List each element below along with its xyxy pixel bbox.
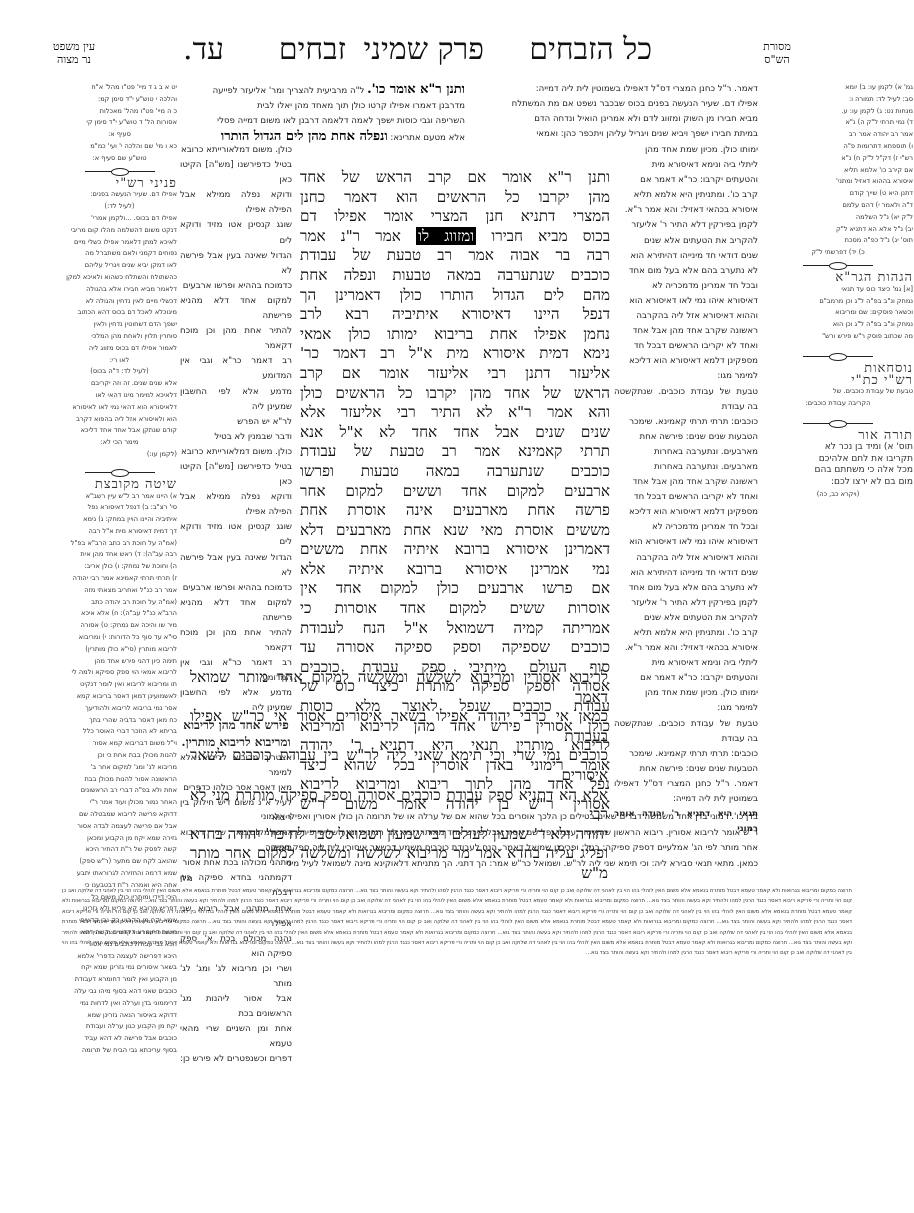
shita-line: ז) תרתי תרתי קאמינא אמר רבי יהודה xyxy=(62,573,177,585)
gemara-line: כמאן אי כרבי יהודה אפילו בשאר איסורים אס… xyxy=(190,707,608,746)
masoret-line: סב: לעיל לד: תמורה ו: xyxy=(763,94,913,106)
tosafot-text: ל"ה מרביעית להצריך ומר' אליעזר לפייעה xyxy=(213,86,365,96)
shita-line: תו ומריבוא לריבוא ואין לומר דנקיט xyxy=(62,679,177,691)
highlighted-phrase[interactable]: ומזווג לו xyxy=(416,227,476,245)
rashi-line: למימר מגו: xyxy=(614,369,758,384)
tosafot-line: מדרבנן דאמרו אפילו קרטו כולן תוך מאחד מה… xyxy=(180,99,465,114)
shita-line: קשה לפסק של ר"ת דהתיר היכא xyxy=(62,844,177,856)
tosafot-line: בטיל כדפירשנו [מש"ה] הקיטו כאן xyxy=(180,460,292,490)
torah-or-line: (ויקרא כב, כה) xyxy=(763,489,913,501)
rashi-line: איסורא בכהאי דאזיל: והא אמר ר"א. xyxy=(614,203,758,218)
masoret-line: ד"ה ולאמר י) דהם עלמם xyxy=(763,200,913,212)
pnei-rashi-line: אלא שנים שנים. זה וזה יקריבם xyxy=(62,378,177,390)
shita-mekubetzet-title: שיטה מקובצת xyxy=(62,479,177,491)
gemara-line: פרשה אחת מארבעים אינה אוסרת אחת xyxy=(300,501,610,521)
tosafot-line: כולן. משום דמלאורייתא כרובא xyxy=(180,445,292,460)
pnei-rashi-line: נפוחים דקמני ולאם משתברל מה xyxy=(62,248,177,260)
gemara-line: ארבעים למקום אחד וששים למקום אחר xyxy=(300,482,610,502)
rashi-line: טבעת של עבודת כוכבים. שנתקשטה בה עבודת xyxy=(614,385,758,415)
pnei-rashi-line: הוא ולאיסורא אזל ליה בהפוא דקרב xyxy=(62,414,177,426)
shita-line: (אמ"ה על חוכת רב יהודה כתב xyxy=(62,597,177,609)
shita-line: גזירה שמא יקח מן הקבוע ומכאן xyxy=(62,833,177,845)
shita-line: אחת ולא בפ"ה דברי רב הראשונים xyxy=(62,785,177,797)
gemara-line: המצרי דתניא חנן המצרי אומר אפילו דם xyxy=(300,207,610,227)
rashi-line: מספקינן דלמא דאיסורא הוא דליכא xyxy=(614,505,758,520)
tosafot-line: למקום אחד דלא מהניא פרישתה xyxy=(180,596,292,626)
bottom-line: בדן כו'. רמוני בדן אחד משמשה דברים שאינן… xyxy=(180,810,758,826)
masoret-hashas-column: גמ' א) לקמן עו: ב) יומא סב: לעיל לד: תמו… xyxy=(763,82,913,501)
tosafot-dibbur: ותנן ר"א אומר כו'. xyxy=(367,82,465,97)
ornament-divider xyxy=(85,168,155,175)
tosafot-line: להתיר אחת מהן וכן מוכח דקאמר xyxy=(180,324,292,354)
pnei-rashi-title: פניני רש"י xyxy=(62,178,177,190)
tosafot-line: אבל אסור ליהנות מג' הראשונים בכת xyxy=(180,992,292,1022)
tosafot-text: אלא מטעם אתרינא: xyxy=(390,133,465,143)
gemara-line: כוכבים שנתערבה במאה טבעות ונפלה אחת xyxy=(300,266,610,286)
bottom-line: ר"ש אומר לריבוא אסורין. ריבוא הראשון שהא… xyxy=(180,826,758,842)
gemara-line: נמי אמרינן איסורא ברובא איתיה אלא xyxy=(300,560,610,580)
rashi-line: להקריב את הטעתים אלא שנים xyxy=(614,234,758,249)
tosafot-line: ושרי וכן מריבוא לג' ומג' לג' מותר xyxy=(180,962,292,992)
pnei-rashi-line: סוחרין תלוין ולאחת מהן המלכי xyxy=(62,331,177,343)
shita-line: יקח מן הקבוע כגון ערלה ועבודת xyxy=(62,1021,177,1033)
shita-line: כוכבים שאני דהא בסוף מיהו גבי עלה xyxy=(62,986,177,998)
ein-mishpat-line: כא ו מי' שם והלכה י' ועי' כמ"מ xyxy=(62,141,177,153)
masoret-line: תוס' יג) נ"ל כפ"ה מסכת xyxy=(763,235,913,247)
torah-or-line: מום בם לא ירצו לכם: xyxy=(763,477,913,489)
rashi-line: שנים דודאי חד מינייהו דהיתירא הוא xyxy=(614,249,758,264)
pnei-rashi-line: דלאיכא למימר מינו דהאי לאו xyxy=(62,390,177,402)
bottom-line: כמאן. מתאי תנאי סבירא ליה: וכי תימא שני … xyxy=(180,857,758,873)
pnei-rashi-line: אפילו דם. שעיר הנעשה בפנים: xyxy=(62,189,177,201)
ornament-divider xyxy=(803,353,873,360)
rashi-line: למימר מגו: xyxy=(614,701,758,716)
pnei-rashi-line: ישפך הדם דשחוטין נדחין ולאין xyxy=(62,319,177,331)
tosafot-line: ודבר שבמנין לא בטיל xyxy=(180,430,292,445)
ein-mishpat-line: כ ה מיי' פט"ו מהל' מאכלות xyxy=(62,106,177,118)
shita-line: שמא דרמה והחזירה לגרוראתו יתבע xyxy=(62,868,177,880)
masoret-line: איסורא בההוא דאזיל ומתני' xyxy=(763,176,913,188)
rashi-line: הטבעות שנים שנים: פירשה אחת xyxy=(614,762,758,777)
pnei-rashi-line: דלאיסורא הוא דהאי נמי לאו לאיסורא xyxy=(62,402,177,414)
gemara-text: אמר ר"נ אמר xyxy=(300,227,401,245)
rashi-line: וההוא דאיסורא אזל ליה בהקרבה xyxy=(614,309,758,324)
ein-mishpat-label-line2: נר מצוה xyxy=(44,53,104,66)
tosafot-line: ודוקא נפלה ממילא אבל הפילה אפילו xyxy=(180,188,292,218)
masoret-hashas-label: מסורת הש"ס xyxy=(752,40,802,66)
tosafot-line: כדמוכח בההיא ופרשו ארבעים xyxy=(180,279,292,294)
torah-or-title: תורה אור xyxy=(763,430,913,442)
gemara-text: בכוס מביא חבירו xyxy=(491,227,610,245)
ein-mishpat-line: והלכה י טוש"ע י"ד סימן קמ: xyxy=(62,94,177,106)
rashi-line: שנים דודאי חד מינייהו דהיתירא הוא xyxy=(614,566,758,581)
gemara-line: מששים אוסרת מאי שנא אחת מארבעים דלא xyxy=(300,521,610,541)
tosafot-line: בטיל כדפירשנו [מש"ה] הקיטו כאן xyxy=(180,158,292,188)
gemara-line: דנפל היינו דאיסורא איתיביה רבא לרב xyxy=(300,305,610,325)
footnotes-text: חרוצה כמקום ומריבוא בגרואות ולא קאמר טעמ… xyxy=(355,888,852,894)
gemara-line: שנים שנים אבל אחד אחד לא א"ל אנא xyxy=(300,423,610,443)
rashi-line: מביא חבירו מן השוק ומזווג לדם ולא אמרינן… xyxy=(470,112,758,127)
masoret-line: רש"י ז) דק"ל ל"ק ח) נ"א xyxy=(763,153,913,165)
rashi-line: טבעת של עבודת כוכבים. שנתקשטה בה עבודת xyxy=(614,717,758,747)
footnotes-text: חרוצה כמקום ומריבוא בגרואות ולא קאמר טעמ… xyxy=(208,919,714,925)
shita-line: רבה עב"ה): ד) ראש אחד מהן אית xyxy=(62,549,177,561)
shita-line: סי' רצ"ב: ב) דנפל דאיסורא נפל xyxy=(62,502,177,514)
pnei-rashi-line: לאיכא למתן דלאמר אפילו כשלי מיים xyxy=(62,237,177,249)
ein-mishpat-line: טוש"ע שם סעיף א: xyxy=(62,153,177,165)
gemara-line: בכוס מביא חבירו ומזווג לו אמר ר"נ אמר xyxy=(300,227,610,247)
hagra-line: וכשאר פוסקים: שם ומריבוא xyxy=(763,307,913,319)
masoret-line: אמר רב יהודה אמר רב xyxy=(763,129,913,141)
shita-line: מן הקבוע ואין לומר דחומרא דעבודת xyxy=(62,974,177,986)
shita-line: שהואב לקח שם מתער (ר"ש ספק) xyxy=(62,856,177,868)
rashi-line: כוכבים: תרתי תרתי קאמינא. שימכר xyxy=(614,415,758,430)
gemara-line: רבה בר אבוה אמר רב טבעת של עבודת xyxy=(300,246,610,266)
rashi-line: הטבעות שנים שנים: פירשה אחת xyxy=(614,430,758,445)
gemara-line: תרתי קאמינא אמר רב טבעת של עבודת xyxy=(300,442,610,462)
rashi-line: דאמר. ר"ל כחנן המצרי דס"ל דאפילו בשמוטין… xyxy=(614,777,758,807)
gemara-line: ותנן ר"א אומר אם קרב הראש של אחד xyxy=(300,168,610,188)
shita-line: לריבוא אמאי הוי ספק ספיקא ולמה לי xyxy=(62,667,177,679)
ein-mishpat-label: עין משפט נר מצוה xyxy=(44,40,104,66)
ornament-divider xyxy=(85,469,155,476)
tosafot-line: רב דאמר כר"א וגבי אין המדומע xyxy=(180,354,292,384)
rashi-line: מארבעים. ונתערבה באחרות xyxy=(614,445,758,460)
bottom-line: אחר מותר לפי הג' אמלעיים דספק ספיקה: בגי… xyxy=(180,841,758,857)
rashi-line: קרב כו'. ומתניתין היא אלמא תליא xyxy=(614,626,758,641)
ornament-divider xyxy=(803,262,873,269)
tosafot-line: למקום אחד דלא מהניא פרישתה xyxy=(180,294,292,324)
shita-line: אבל אם פרישה לעצמה לבדה אסור xyxy=(62,821,177,833)
shita-line: אמר רב כנ"ל ואחריב מצאתי מזה xyxy=(62,585,177,597)
gemara-line: אם פרשו ארבעים כולן למקום אחד אין xyxy=(300,579,610,599)
pnei-rashi-line: דנקט משום דהשלמה מהלו קום מריבי xyxy=(62,225,177,237)
tosafot-line: להתיר אחת מהן וכן מוכח דקאמר xyxy=(180,626,292,656)
gemara-line: מהם לים הגדול הותרו כולן דאמרינן הך xyxy=(300,286,610,306)
shita-line: דריממוני בדן וערלה ואין לדחות נמי xyxy=(62,998,177,1010)
daf-number: עד. xyxy=(183,33,224,67)
tosafot-line: שוגג קנסינן אטו מזיד ודוקא לים xyxy=(180,520,292,550)
pnei-rashi-line: לאו רי: xyxy=(62,355,177,367)
hagahot-hagra-title: הגהות הגר"א xyxy=(763,272,913,284)
rashi-line: קרב כו'. ומתניתין היא אלמא תליא xyxy=(614,188,758,203)
torah-or-line: מכל אלה כי משחתם בהם xyxy=(763,465,913,477)
pnei-rashi-line: מיגוכלא לאכל דם בכוס דהא הכתוב xyxy=(62,307,177,319)
gemara-line: הראש של אחד מהן יקרבו כל הראשים כולן xyxy=(300,384,610,404)
gemara-line: כוכבים שספיקה וספק ספיקה אסורה עד xyxy=(300,638,610,658)
masoret-line: דתנן היא ט) שייך קודם xyxy=(763,188,913,200)
shita-line: האחר נמור מכולן ועוד אמר ר"י xyxy=(62,797,177,809)
gemara-line: מהן יקרבו כל הראשים הוא דאמר כחנן xyxy=(300,188,610,208)
rashi-line: ימותו כולן. מכיון שמת אחד מהן xyxy=(614,686,758,701)
rashi-line: אפילו דם. שעיר הנעשה בפנים בכוס שבכבר נש… xyxy=(470,97,758,112)
hagra-line: [א] גמ' כיצד כוס עד תנאי xyxy=(763,284,913,296)
pnei-rashi-line: לאו דמקן יביא שנים ויגריל עליהם xyxy=(62,260,177,272)
gemara-line: כוכבים נמי שרי וכי תימא שאני ליה לר"ש בי… xyxy=(190,746,608,785)
shita-line: איתיביה והיינו הויין במחק: ג) נימא xyxy=(62,514,177,526)
shita-line: אסר נמי בריבוא לריבוא ולהודיעך xyxy=(62,703,177,715)
rashi-line: במיתת חבירו ישפך ויביא שנים ויגריל עליהן… xyxy=(470,127,758,142)
tosafot-line: ודוקא נפלה ממילא אבל הפילה אפילו xyxy=(180,490,292,520)
pnei-rashi-line: מימר הכי לא: xyxy=(62,437,177,449)
rashi-line: ואחד לא יקריבו הראשים דבכל חד xyxy=(614,490,758,505)
gemara-line: נחמן אפילו אחת בריבוא ימותו כולן אמאי xyxy=(300,325,610,345)
tosafot-line: אחת ומן השניים שרי מהאי טעמא xyxy=(180,1022,292,1052)
tosafot-line: השריפה וגבי כוסות ישפך לאמה דלאמה דרבנן … xyxy=(180,114,465,129)
pnei-rashi-line: קודם שנתקן אבל אחד אחד דליכא xyxy=(62,425,177,437)
rashi-line: ואחד לא יקריבו הראשים דבכל חד xyxy=(614,339,758,354)
tosafot-line: הגדול שאינה בעין אבל פירשה לא xyxy=(180,551,292,581)
tosafot-line: שוגג קנסינן אטו מזיד ודוקא לים xyxy=(180,218,292,248)
shita-line: תימה כיון דהני פירש אחד מהן xyxy=(62,656,177,668)
shita-line: בריתא לא הוזכר דברי האוסר כלל xyxy=(62,726,177,738)
rashi-line: לא נתערב בהם אלא בעל מום אחד xyxy=(614,581,758,596)
torah-or-line: תקריבו את לחם אלהיכם xyxy=(763,454,913,466)
rashi-line: ליתלי ביה ונימא דאיסורא מית xyxy=(614,158,758,173)
gemara-line: דאמרינן איסורא ברובא איתיה אחת מששים xyxy=(300,540,610,560)
shita-line: מריבוא לג' ומג' למקום אחר ב' xyxy=(62,762,177,774)
rashi-line: דאיסורא איהו נמי לאו דאיסורא הוא xyxy=(614,294,758,309)
masoret-label-line2: הש"ס xyxy=(752,53,802,66)
gemara-line: נימא דמית איסורא מית א"ל רב דאמר כר' xyxy=(300,344,610,364)
rashi-line: והטעתים יקרבו: כר"א דאמר אם xyxy=(614,173,758,188)
rashi-line: והטעתים יקרבו: כר"א דאמר אם xyxy=(614,671,758,686)
gemara-line: כוכבים שנתערבה במאה טבעות ופרשו xyxy=(300,462,610,482)
shita-line: סי"א עד סוף כל הדורות: י) ומריבוא xyxy=(62,632,177,644)
shita-line: כוכבים אבל פרישה לא דהא עביד xyxy=(62,1033,177,1045)
tosafot-line: מדמע אלא לפי החשבון שמעינן ליה xyxy=(180,385,292,415)
rashi-line: כוכבים: תרתי תרתי קאמינא. שימכר xyxy=(614,747,758,762)
pnei-rashi-line: (לעיל לד:) xyxy=(62,201,177,213)
rashi-line: ובכל חד אמרינן מדמכריה לא xyxy=(614,520,758,535)
shita-line: מיר שו והיכה אם נמחק: ט) אסורה xyxy=(62,620,177,632)
tosafot-line: כדמוכח בההיא ופרשו ארבעים xyxy=(180,581,292,596)
ein-mishpat-label-line1: עין משפט xyxy=(44,40,104,53)
pnei-rashi-line: (לעיל לד: ד"ה בכוס) xyxy=(62,366,177,378)
shita-line: דדוקא פרישה לריבוא שמבטלה שם xyxy=(62,809,177,821)
tosafot-commentary: ותנן ר"א אומר כו'. ל"ה מרביעית להצריך ומ… xyxy=(180,82,465,146)
shita-line: בשאר איסורים נמי גזרינן שמא יקח xyxy=(62,962,177,974)
ein-mishpat-line: סעיף א: xyxy=(62,129,177,141)
tosafot-line: הגדול שאינה בעין אבל פירשה לא xyxy=(180,249,292,279)
nuschaot-line: טבעת של עבודת כוכבים. של xyxy=(763,386,913,398)
tractate-name: זבחים xyxy=(279,33,346,67)
shita-line: כח מאן דאסר בדביה שהרי בתך xyxy=(62,715,177,727)
shita-line: הרב"א כנ"ל עב"ה): ח) אלא איכא xyxy=(62,608,177,620)
rashi-line: מספקינן דלמא דאיסורא הוא דליכא xyxy=(614,354,758,369)
shita-line: וי"ל משום דבריבוא קמא אסור xyxy=(62,738,177,750)
tosafot-line: ותנן ר"א אומר כו'. ל"ה מרביעית להצריך ומ… xyxy=(180,82,465,99)
rashi-commentary: דאמר. ר"ל כחנן המצרי דס"ל דאפילו בשמוטין… xyxy=(470,82,758,142)
shita-line: ה) וחוכת של נמחק: ו) כולן אריב: xyxy=(62,561,177,573)
tosafot-line: כולן. משום דמלאורייתא כרובא xyxy=(180,143,292,158)
ein-mishpat-line: יט א ב ג ד מיי' פט"ו מהל' א"ח xyxy=(62,82,177,94)
pnei-rashi-line: (לקמן עו:) xyxy=(62,449,177,461)
rashi-line: ראשונה שקרב אחד מהן אבל אחד xyxy=(614,475,758,490)
gemara-line: והא אמר ר"א לא התיר רבי אליעזר אלא xyxy=(300,403,610,423)
rashi-commentary-side: ימותו כולן. מכיון שמת אחד מהן ליתלי ביה … xyxy=(614,143,758,837)
rashi-line: דאיסורא איהו נמי לאו דאיסורא הוא xyxy=(614,535,758,550)
rashi-line: איסורא בכהאי דאזיל: והא אמר ר"א. xyxy=(614,641,758,656)
gemara-line: לריבוא אסורין ומריבוא לשלשה ומשלשה למקום… xyxy=(190,668,608,707)
rashi-line: ראשונה שקרב אחד מהן אבל אחד xyxy=(614,324,758,339)
shita-line: הראשונה אסור להנות מכולן בבת xyxy=(62,774,177,786)
masoret-line: גמ' א) לקמן עו: ב) יומא xyxy=(763,82,913,94)
footnotes-text: חרוצה כמקום ומריבוא בגרואות ולא קאמר טעמ… xyxy=(144,898,645,904)
shita-line: בסוף עריכתא גבי הביח של תרומה xyxy=(62,1045,177,1057)
shita-line: לריבוא מותרין (סי"א כולן מותרין) xyxy=(62,644,177,656)
chapter-name: כל הזבחים xyxy=(529,33,652,67)
rashi-line: לקמן בפירקין דלא התיר ר' אליעזר xyxy=(614,218,758,233)
gemara-line: אליעזר דתנן רבי אליעזר אומר אם קרב xyxy=(300,364,610,384)
masoret-line: אם קירב כו' אלמא תליא xyxy=(763,165,913,177)
shita-line: א) היינו אמר רב ל"ש עיין רשב"א xyxy=(62,491,177,503)
rashi-line: וההוא דאיסורא אזל ליה בהקרבה xyxy=(614,551,758,566)
pnei-rashi-line: דכשלי מיים לאין נדחין והגולה לא xyxy=(62,296,177,308)
masoret-line: ו) תוספתא דתרומות פ"ה xyxy=(763,141,913,153)
masoret-line: ד) נמי תרתי ל"ק ה) נ"א xyxy=(763,117,913,129)
bottom-commentary: בדן כו'. רמוני בדן אחד משמשה דברים שאינן… xyxy=(180,810,758,888)
hagra-line: נמחק ונ"ב בפ"ה ל"ג וכן הוא xyxy=(763,319,913,331)
footnotes-block: חרוצה כמקום ומריבוא בגרואות ולא קאמר טעמ… xyxy=(62,886,852,964)
shita-line: לאשמועינן דמאן דאסר בריבוא קמא xyxy=(62,691,177,703)
masoret-line: ל"ק יא) נ"ל השלמה xyxy=(763,212,913,224)
ein-mishpat-line: אסורות הל' ד טוש"ע י"ד סימן קי xyxy=(62,117,177,129)
tosafot-line: דפרים וכשנפטרים לא פירש כן: xyxy=(180,1052,292,1067)
rashi-line: להקריב את הטעתים אלא שנים xyxy=(614,611,758,626)
shita-line: דך דמית דאיסורא מית א"ל רבה xyxy=(62,526,177,538)
shita-line: דדוקא באיסור הנאה גזרינן שמא xyxy=(62,1010,177,1022)
rashi-line: ימותו כולן. מכיון שמת אחד מהן xyxy=(614,143,758,158)
pnei-rashi-line: לאמור אפילו דם בכוס מזווג ליה xyxy=(62,343,177,355)
masoret-line: כ) יד) דפרשתי ל"ק xyxy=(763,247,913,259)
rashi-line: לא נתערב בהם אלא בעל מום אחד xyxy=(614,264,758,279)
rashi-line: ליתלי ביה ונימא דאיסורא מית xyxy=(614,656,758,671)
torah-or-line: תוס' א) ומיד בן נכר לא xyxy=(763,442,913,454)
hagra-line: נמחק ונ"ב בפ"ה ל"ג וכן מרמב"ם xyxy=(763,296,913,308)
masoret-line: מנחות נט: ג) לקמן עו: ע. xyxy=(763,106,913,118)
ornament-divider xyxy=(803,420,873,427)
perek-name: פרק שמיני xyxy=(363,33,484,67)
rashi-line: לקמן בפירקין דלא התיר ר' אליעזר xyxy=(614,596,758,611)
footnotes-text: חרוצה כמקום ומריבוא בגרואות ולא קאמר טעמ… xyxy=(291,940,787,946)
rashi-line: מארבעים. ונתערבה באחרות xyxy=(614,460,758,475)
hagra-line: מה שכתוב פוסק ר"ש פירש ורש" xyxy=(763,331,913,343)
rashi-line: ובכל חד אמרינן מדמכריה לא xyxy=(614,279,758,294)
tosafot-line: לר"א יש הפרש xyxy=(180,415,292,430)
shita-line: להנות מכולן בבת אחת כי וכן xyxy=(62,750,177,762)
nuschaot-subtitle: רש"י כת"י xyxy=(763,375,913,387)
masoret-line: יב) נ"ל אלא הא דתניא ל"ק xyxy=(763,224,913,236)
pnei-rashi-line: אפילו דם בכוס. ...ולקמן אמרי' xyxy=(62,213,177,225)
nuschaot-line: הקריבה עבודת כוכבים: xyxy=(763,398,913,410)
rashi-line: דאמר. ר"ל כחנן המצרי דס"ל דאפילו בשמוטין… xyxy=(470,82,758,97)
masoret-label-line1: מסורת xyxy=(752,40,802,53)
shita-line: (אמ"ה על חוכת רב כתב הרב"א בפ"ל xyxy=(62,538,177,550)
pnei-rashi-line: כהשתולח והשתלח כשהוא ולאיכא למקן xyxy=(62,272,177,284)
gemara-line: אמריתה קמיה דשמואל א"ל הנח לעבודת xyxy=(300,619,610,639)
pnei-rashi-line: דלאמר מביא חבירו אלא בהגולה xyxy=(62,284,177,296)
gemara-line: אוסרות ששים למקום אחד אוסרות כי xyxy=(300,599,610,619)
